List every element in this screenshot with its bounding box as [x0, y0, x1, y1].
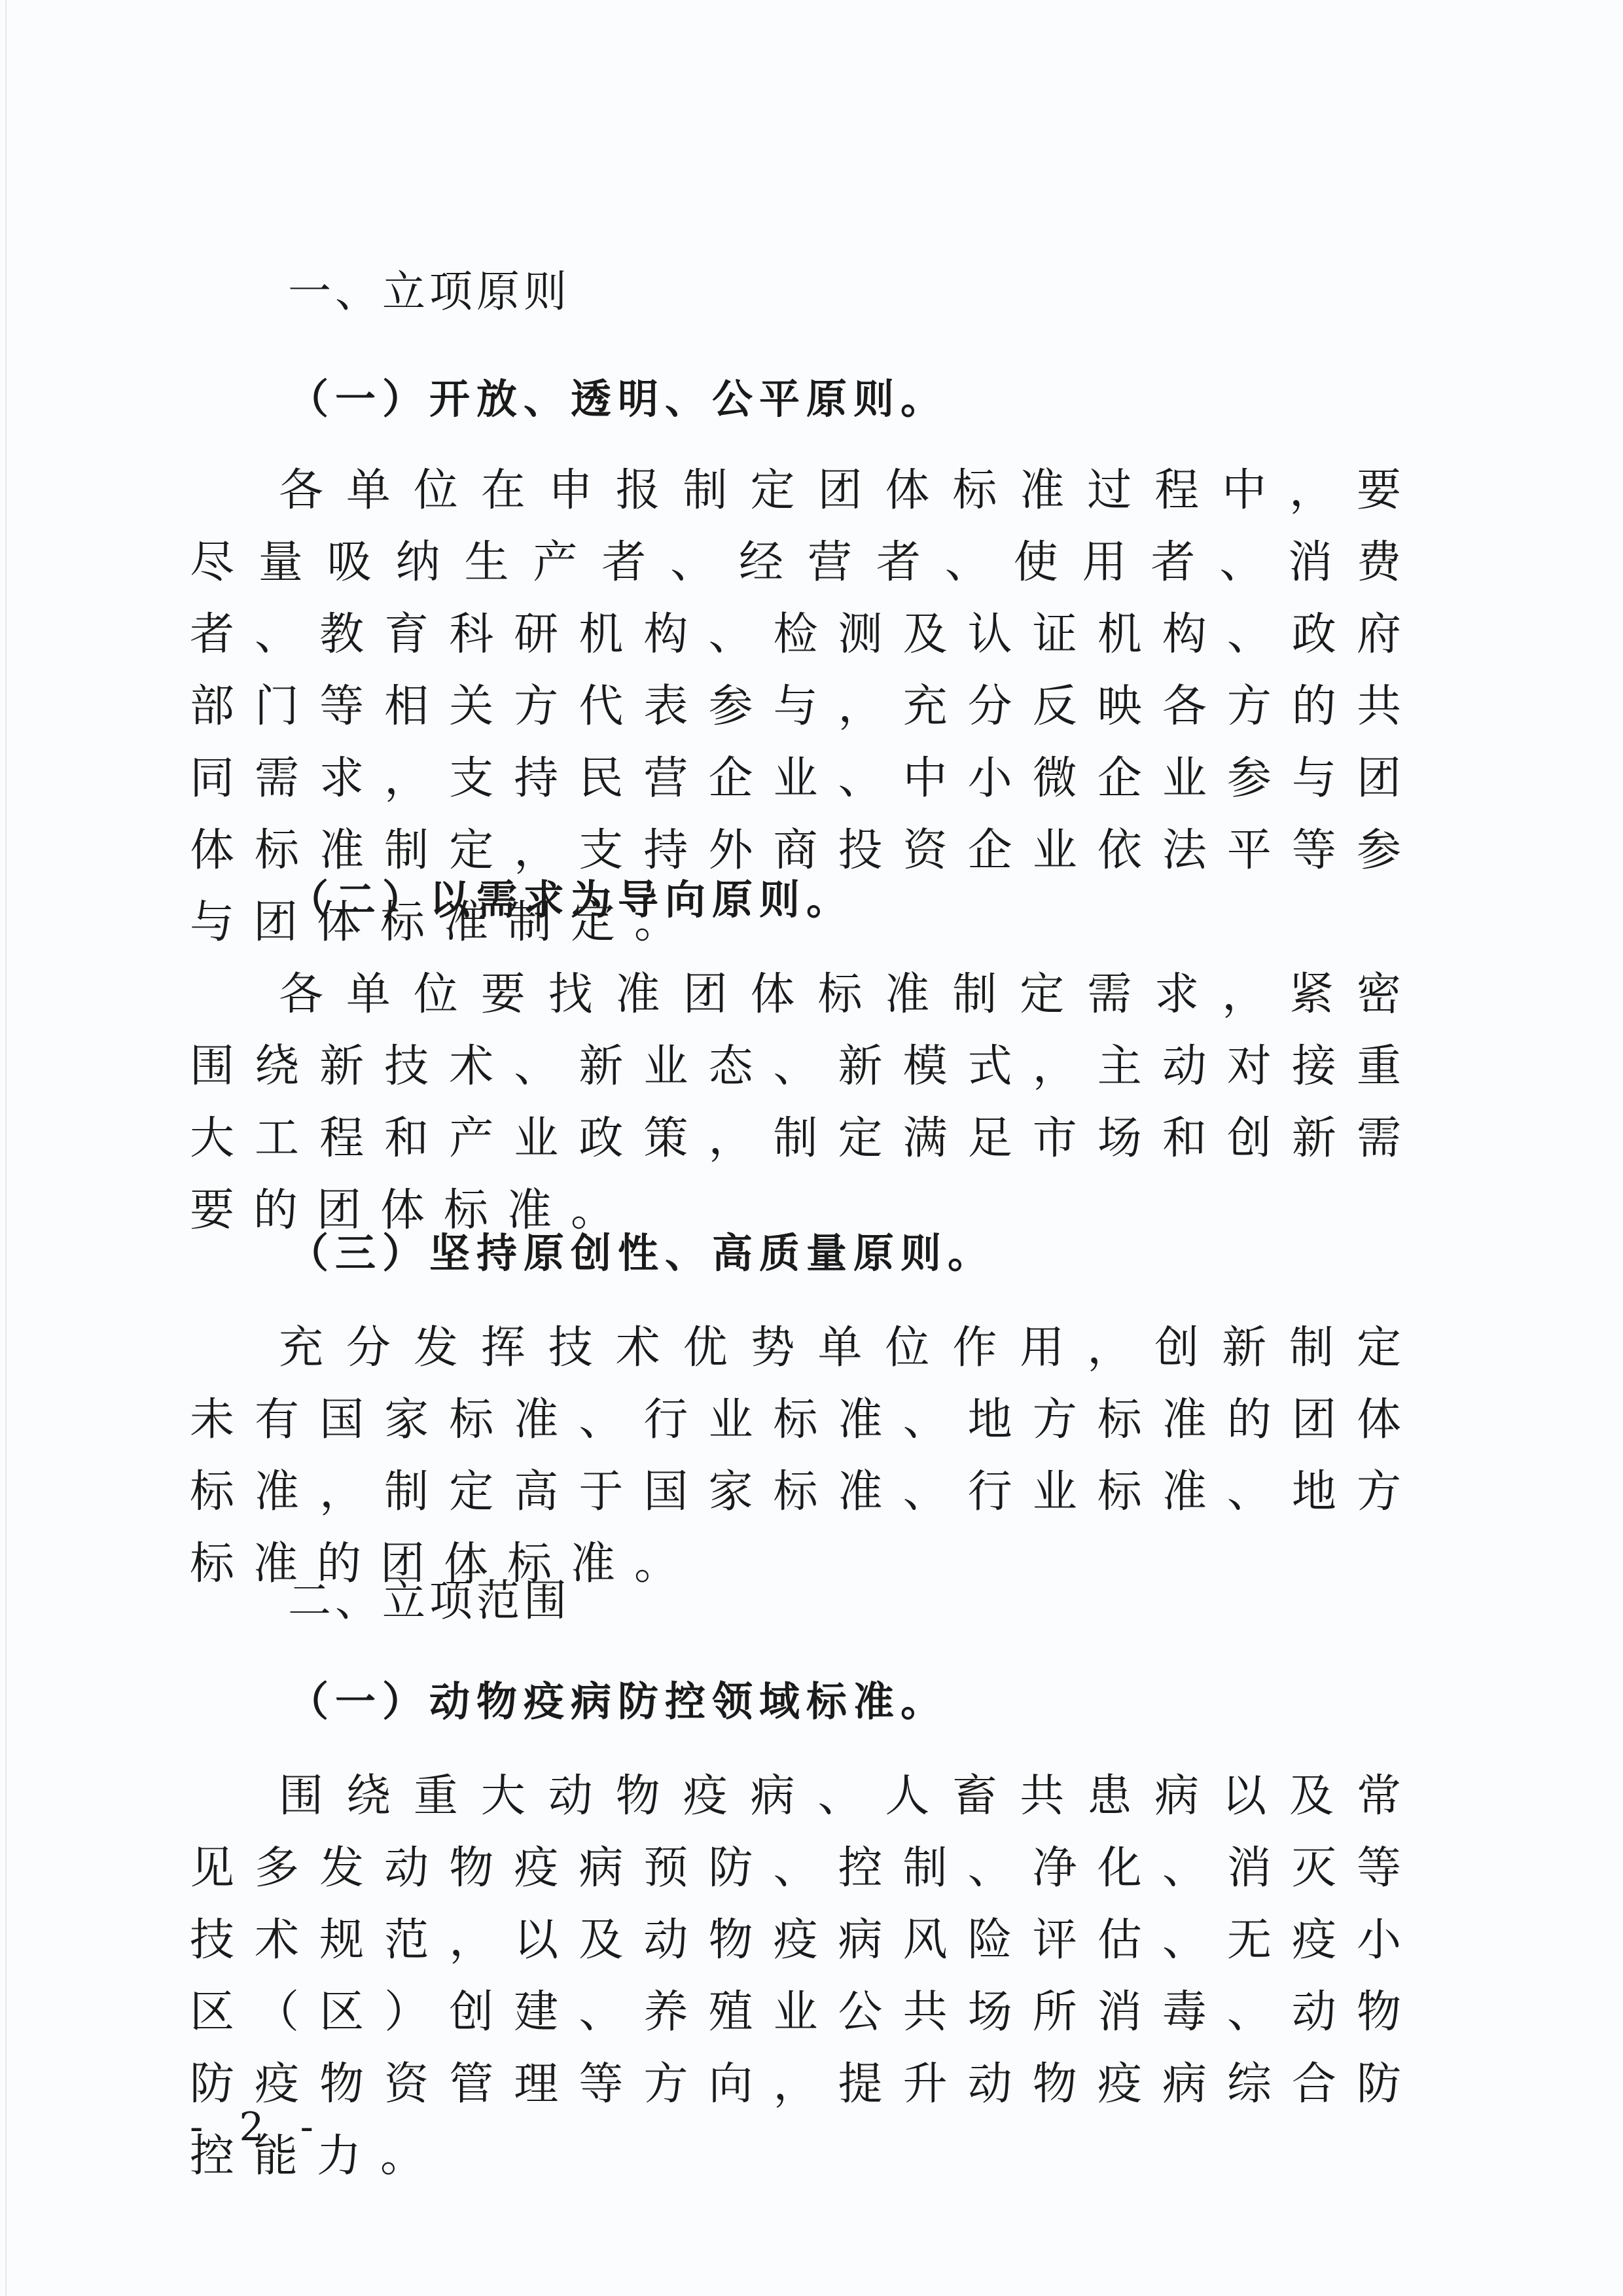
subsection-title: （二）以需求为导向原则。 — [288, 867, 853, 925]
paragraph: 围绕重大动物疫病、人畜共患病以及常见多发动物疫病预防、控制、净化、消灭等技术规范… — [190, 1761, 1420, 2193]
section-heading: 一、立项原则 — [288, 257, 571, 319]
subsection-title: （一）动物疫病防控领域标准。 — [288, 1669, 948, 1727]
section-heading: 二、立项范围 — [288, 1566, 571, 1628]
paragraph: 各单位要找准团体标准制定需求，紧密围绕新技术、新业态、新模式，主动对接重大工程和… — [190, 959, 1420, 1247]
page-number: - 2 - — [190, 2104, 325, 2150]
paragraph: 充分发挥技术优势单位作用，创新制定未有国家标准、行业标准、地方标准的团体标准，制… — [190, 1312, 1420, 1600]
document-page: 一、立项原则 （一）开放、透明、公平原则。 各单位在申报制定团体标准过程中，要尽… — [0, 0, 1623, 2296]
scan-edge — [5, 0, 7, 2296]
subsection-title: （一）开放、透明、公平原则。 — [288, 367, 948, 425]
subsection-title: （三）坚持原创性、高质量原则。 — [288, 1221, 995, 1279]
